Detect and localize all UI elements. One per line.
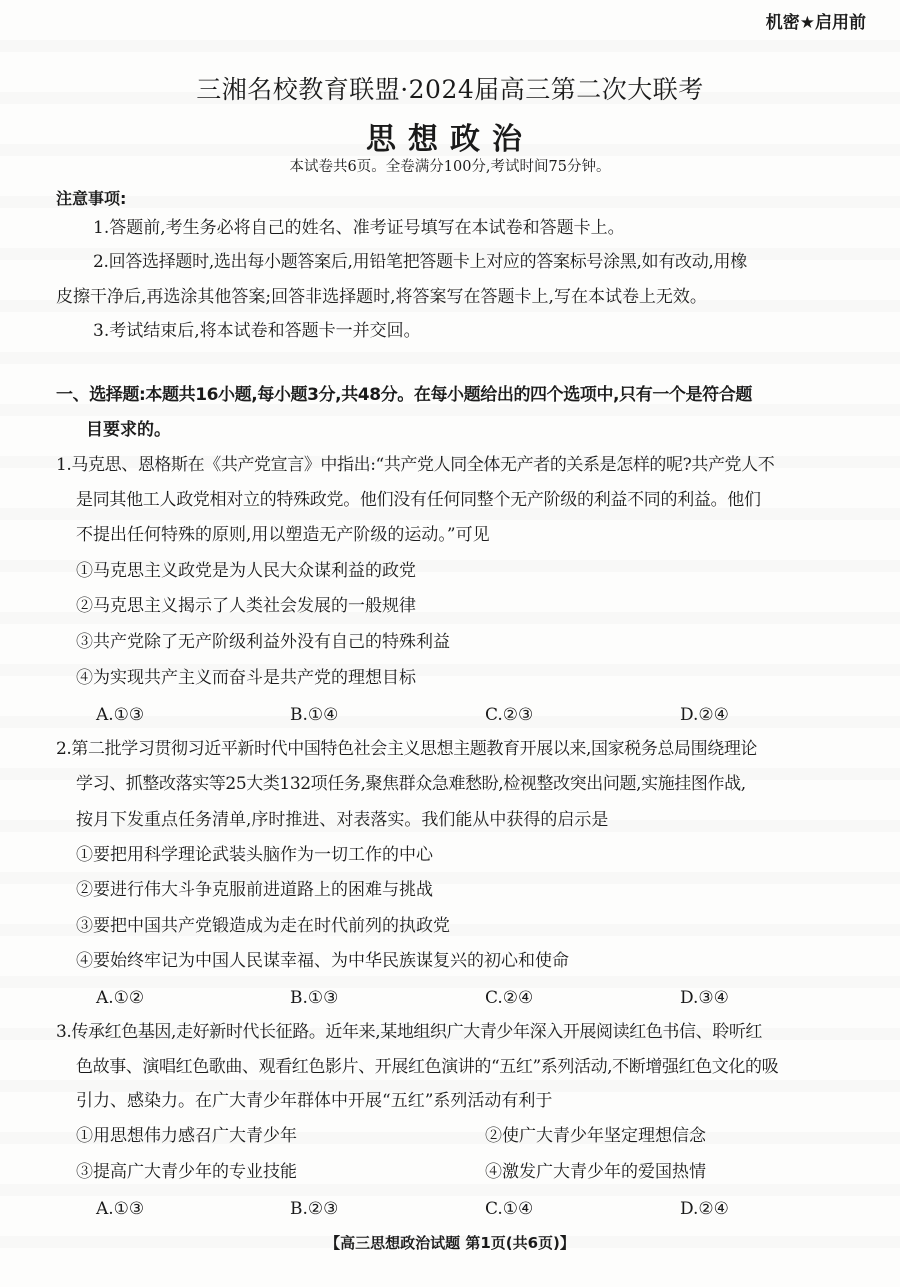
exam-title: 三湘名校教育联盟·2024届高三第二次大联考 bbox=[0, 70, 900, 106]
question-stem-line: 3.传承红色基因,走好新时代长征路。近年来,某地组织广大青少年深入开展阅读红色书… bbox=[56, 1024, 762, 1041]
question-stem-line: 引力、感染力。在广大青少年群体中开展“五红”系列活动有利于 bbox=[76, 1093, 552, 1110]
choice-a[interactable]: A.①② bbox=[96, 988, 144, 1008]
exam-info: 本试卷共6页。全卷满分100分,考试时间75分钟。 bbox=[0, 155, 900, 176]
notice-item-2: 2.回答选择题时,选出每小题答案后,用铅笔把答题卡上对应的答案标号涂黑,如有改动… bbox=[93, 254, 747, 271]
statement-3: ③要把中国共产党锻造成为走在时代前列的执政党 bbox=[76, 918, 450, 935]
choice-b[interactable]: B.①④ bbox=[290, 705, 338, 725]
section-heading-cont: 目要求的。 bbox=[86, 422, 171, 439]
notice-item-1: 1.答题前,考生务必将自己的姓名、准考证号填写在本试卷和答题卡上。 bbox=[93, 220, 625, 237]
choice-a[interactable]: A.①③ bbox=[96, 1199, 144, 1219]
statement-2: ②要进行伟大斗争克服前进道路上的困难与挑战 bbox=[76, 882, 433, 899]
question-stem-line: 色故事、演唱红色歌曲、观看红色影片、开展红色演讲的“五红”系列活动,不断增强红色… bbox=[76, 1059, 778, 1076]
statement-4: ④为实现共产主义而奋斗是共产党的理想目标 bbox=[76, 670, 416, 687]
statement-2: ②使广大青少年坚定理想信念 bbox=[485, 1128, 706, 1145]
choice-b[interactable]: B.②③ bbox=[290, 1199, 338, 1219]
section-heading: 一、选择题:本题共16小题,每小题3分,共48分。在每小题给出的四个选项中,只有… bbox=[56, 387, 752, 404]
notice-item-2-cont: 皮擦干净后,再选涂其他答案;回答非选择题时,将答案写在答题卡上,写在本试卷上无效… bbox=[56, 289, 707, 306]
confidential-label: 机密★启用前 bbox=[766, 8, 866, 33]
statement-4: ④要始终牢记为中国人民谋幸福、为中华民族谋复兴的初心和使命 bbox=[76, 953, 569, 970]
statement-1: ①马克思主义政党是为人民大众谋利益的政党 bbox=[76, 563, 416, 580]
statement-3: ③提高广大青少年的专业技能 bbox=[76, 1164, 297, 1181]
statement-1: ①用思想伟力感召广大青少年 bbox=[76, 1128, 297, 1145]
notice-item-3: 3.考试结束后,将本试卷和答题卡一并交回。 bbox=[93, 323, 421, 340]
statement-1: ①要把用科学理论武装头脑作为一切工作的中心 bbox=[76, 847, 433, 864]
choice-d[interactable]: D.②④ bbox=[680, 1199, 729, 1219]
question-stem-line: 是同其他工人政党相对立的特殊政党。他们没有任何同整个无产阶级的利益不同的利益。他… bbox=[76, 492, 761, 509]
notice-heading: 注意事项: bbox=[56, 186, 126, 209]
statement-3: ③共产党除了无产阶级利益外没有自己的特殊利益 bbox=[76, 634, 450, 651]
question-stem-line: 不提出任何特殊的原则,用以塑造无产阶级的运动。”可见 bbox=[76, 527, 490, 544]
choice-c[interactable]: C.①④ bbox=[485, 1199, 533, 1219]
question-stem-line: 学习、抓整改落实等25大类132项任务,聚焦群众急难愁盼,检视整改突出问题,实施… bbox=[76, 776, 746, 793]
choice-c[interactable]: C.②③ bbox=[485, 705, 533, 725]
question-stem-line: 2.第二批学习贯彻习近平新时代中国特色社会主义思想主题教育开展以来,国家税务总局… bbox=[56, 741, 757, 758]
choice-a[interactable]: A.①③ bbox=[96, 705, 144, 725]
statement-2: ②马克思主义揭示了人类社会发展的一般规律 bbox=[76, 598, 416, 615]
choice-d[interactable]: D.②④ bbox=[680, 705, 729, 725]
choice-d[interactable]: D.③④ bbox=[680, 988, 729, 1008]
statement-4: ④激发广大青少年的爱国热情 bbox=[485, 1164, 706, 1181]
choice-b[interactable]: B.①③ bbox=[290, 988, 338, 1008]
choice-c[interactable]: C.②④ bbox=[485, 988, 533, 1008]
subject-title: 思想政治 bbox=[0, 114, 900, 158]
page-footer: 【高三思想政治试题 第1页(共6页)】 bbox=[0, 1232, 900, 1253]
question-stem-line: 1.马克思、恩格斯在《共产党宣言》中指出:“共产党人同全体无产者的关系是怎样的呢… bbox=[56, 457, 774, 474]
question-stem-line: 按月下发重点任务清单,序时推进、对表落实。我们能从中获得的启示是 bbox=[76, 812, 608, 829]
